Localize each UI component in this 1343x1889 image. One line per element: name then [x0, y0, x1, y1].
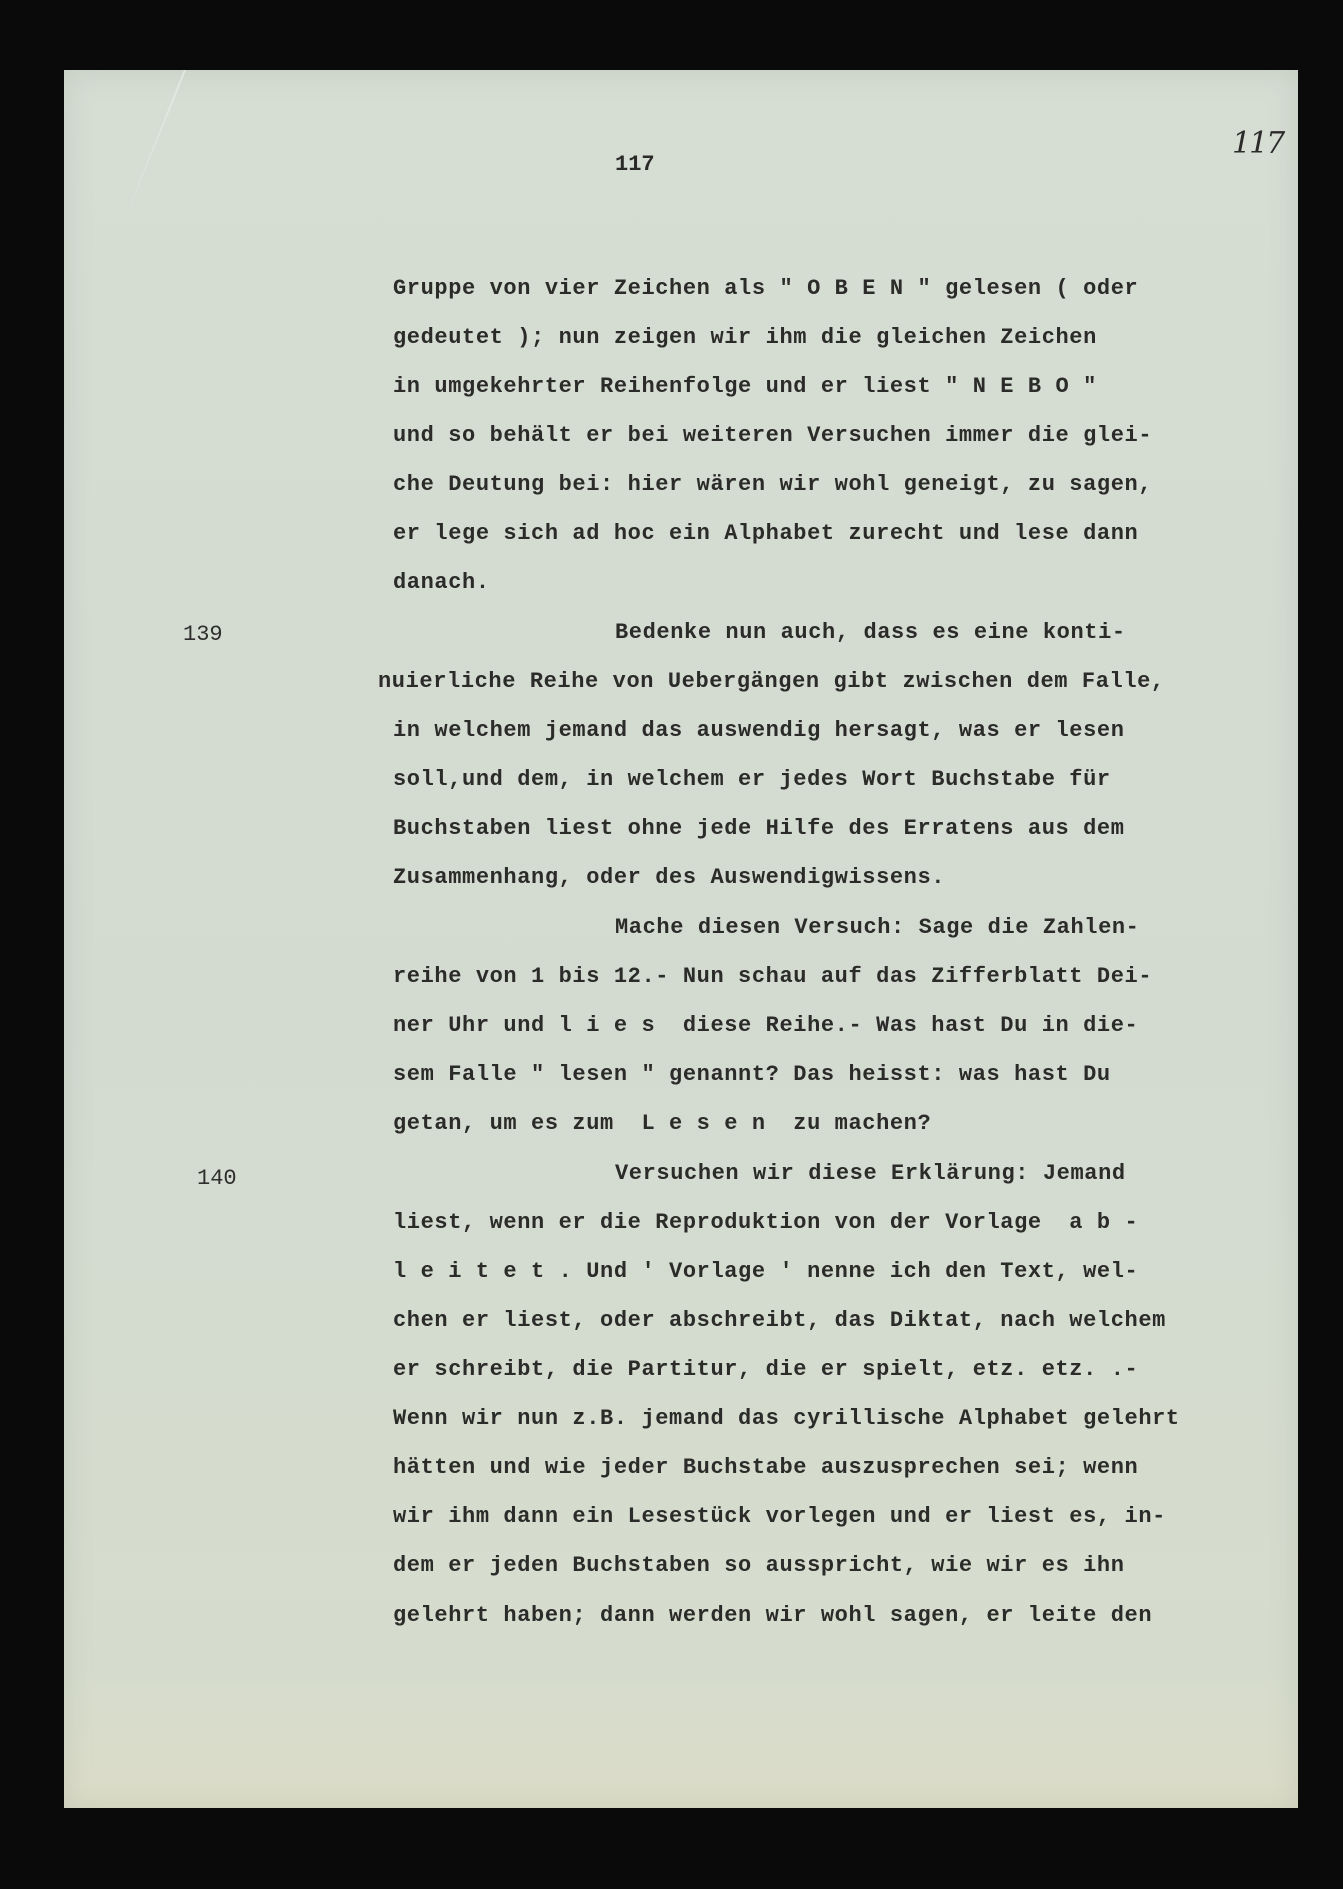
- text-line: wir ihm dann ein Lesestück vorlegen und …: [393, 1504, 1166, 1529]
- text-line: in welchem jemand das auswendig hersagt,…: [393, 718, 1125, 743]
- text-line: sem Falle " lesen " genannt? Das heisst:…: [393, 1062, 1111, 1087]
- text-line: danach.: [393, 570, 490, 595]
- paper-crease: [119, 70, 186, 230]
- margin-section-number: 140: [197, 1166, 237, 1191]
- text-line: hätten und wie jeder Buchstabe auszuspre…: [393, 1455, 1138, 1480]
- margin-section-number: 139: [183, 622, 223, 647]
- text-line: che Deutung bei: hier wären wir wohl gen…: [393, 472, 1152, 497]
- text-line: Bedenke nun auch, dass es eine konti-: [615, 620, 1126, 645]
- text-line: und so behält er bei weiteren Versuchen …: [393, 423, 1152, 448]
- text-line: getan, um es zum L e s e n zu machen?: [393, 1111, 931, 1136]
- text-line: Mache diesen Versuch: Sage die Zahlen-: [615, 915, 1139, 940]
- text-line: nuierliche Reihe von Uebergängen gibt zw…: [378, 669, 1165, 694]
- text-line: Gruppe von vier Zeichen als " O B E N " …: [393, 276, 1138, 301]
- text-line: ner Uhr und l i e s diese Reihe.- Was ha…: [393, 1013, 1138, 1038]
- text-line: chen er liest, oder abschreibt, das Dikt…: [393, 1308, 1166, 1333]
- text-line: Wenn wir nun z.B. jemand das cyrillische…: [393, 1406, 1180, 1431]
- text-line: in umgekehrter Reihenfolge und er liest …: [393, 374, 1097, 399]
- text-line: Zusammenhang, oder des Auswendigwissens.: [393, 865, 945, 890]
- text-line: er schreibt, die Partitur, die er spielt…: [393, 1357, 1138, 1382]
- page-number: 117: [615, 152, 655, 177]
- text-line: Versuchen wir diese Erklärung: Jemand: [615, 1161, 1126, 1186]
- text-line: gedeutet ); nun zeigen wir ihm die gleic…: [393, 325, 1097, 350]
- handwritten-folio-number: 117: [1232, 126, 1283, 161]
- text-line: soll,und dem, in welchem er jedes Wort B…: [393, 767, 1111, 792]
- text-line: gelehrt haben; dann werden wir wohl sage…: [393, 1603, 1152, 1628]
- text-line: Buchstaben liest ohne jede Hilfe des Err…: [393, 816, 1125, 841]
- text-line: reihe von 1 bis 12.- Nun schau auf das Z…: [393, 964, 1152, 989]
- text-line: l e i t e t . Und ' Vorlage ' nenne ich …: [393, 1259, 1138, 1284]
- text-line: er lege sich ad hoc ein Alphabet zurecht…: [393, 521, 1138, 546]
- text-line: dem er jeden Buchstaben so ausspricht, w…: [393, 1553, 1125, 1578]
- text-line: liest, wenn er die Reproduktion von der …: [393, 1210, 1138, 1235]
